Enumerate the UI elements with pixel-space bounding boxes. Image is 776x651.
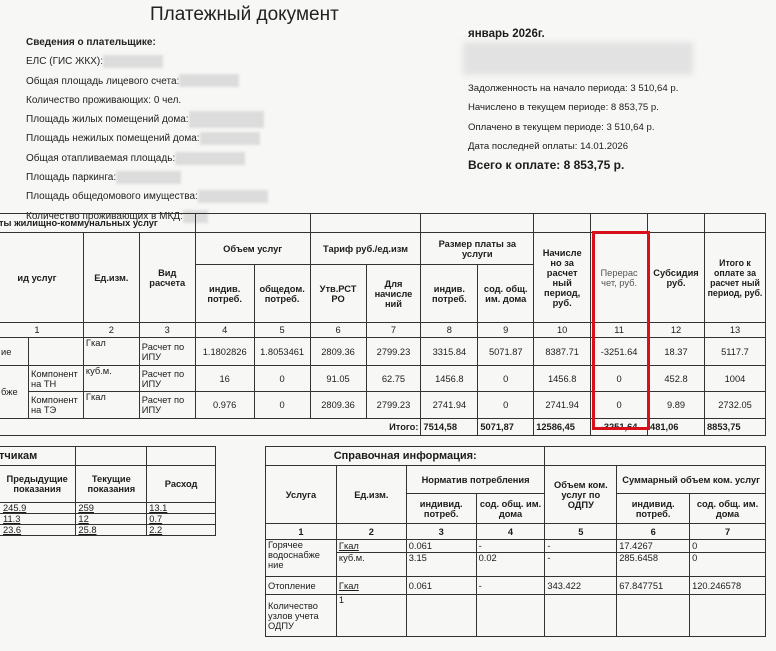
header-service: ид услуг — [0, 233, 83, 323]
redacted-value — [189, 111, 264, 128]
payment-summary: Задолженность на начало периода: 3 510,6… — [468, 79, 678, 175]
header-sum-ind: индивид. потреб. — [617, 494, 690, 524]
payer-field: Количество проживающих: 0 чел. — [26, 91, 268, 110]
billing-period: январь 2026г. — [468, 28, 545, 40]
header-odpu: Объем ком. услуг по ОДПУ — [545, 466, 617, 524]
header-volume-ind: индив. потреб. — [195, 265, 254, 323]
header-service: Услуга — [266, 466, 337, 524]
header-sum-common: сод. общ. им. дома — [690, 494, 766, 524]
header-unit: Ед.изм. — [336, 466, 406, 524]
redacted-address — [463, 42, 693, 75]
payer-field: ЕЛС (ГИС ЖКХ): — [26, 52, 268, 71]
last-payment-date: Дата последней оплаты: 14.01.2026 — [468, 137, 678, 156]
redacted-value — [116, 171, 181, 184]
paid-current: Оплачено в текущем периоде: 3 510,64 р. — [468, 118, 678, 137]
table-row: 23.6 25.8 2.2 — [0, 525, 216, 536]
header-tariff-charge: Для начисле ний — [366, 265, 421, 323]
redacted-value — [200, 132, 260, 145]
column-numbers-row: 1 2 3 4 5 6 7 — [266, 524, 766, 540]
payer-field: Площадь паркинга: — [26, 168, 268, 187]
reference-info-table: Справочная информация: Услуга Ед.изм. Но… — [265, 446, 766, 637]
header-payment-ind: индив. потреб. — [421, 265, 478, 323]
header-charged: Начисле но за расчет ный период, руб. — [534, 233, 591, 323]
totals-row: Итого: 7514,58 5071,87 12586,45 -3251,64… — [0, 419, 766, 436]
header-payment: Размер платы за услуги — [421, 233, 534, 265]
header-sum-volume: Суммарный объем ком. услуг — [617, 466, 766, 494]
table-row: куб.м. 3.15 0.02 - 285.6458 0 — [266, 553, 766, 577]
debt-start: Задолженность на начало периода: 3 510,6… — [468, 79, 678, 98]
header-prev: Предыдущие показания — [0, 466, 76, 503]
table-row: Количество узлов учета ОДПУ 1 — [266, 595, 766, 637]
document-title: Платежный документ — [150, 4, 339, 26]
redacted-value — [175, 152, 245, 165]
redacted-value — [198, 190, 268, 203]
header-subsidy: Субсидия руб. — [648, 233, 705, 323]
payer-field: Площадь общедомового имущества: — [26, 187, 268, 206]
table-row: 11.3 12 0.7 — [0, 514, 216, 525]
section-title: тчикам — [0, 447, 76, 466]
table-row: Горячее водоснабже ние Гкал 0.061 - - 17… — [266, 540, 766, 553]
header-usage: Расход — [147, 466, 216, 503]
table-row: ие Гкал Расчет по ИПУ 1.1802826 1.805346… — [0, 338, 766, 366]
redacted-value — [103, 55, 163, 68]
payer-field: Общая площадь лицевого счета: — [26, 72, 268, 91]
table-row: бже Компонент на ТН куб.м. Расчет по ИПУ… — [0, 366, 766, 392]
header-unit: Ед.изм. — [83, 233, 139, 323]
header-calc-type: Вид расчета — [139, 233, 195, 323]
header-curr: Текущие показания — [76, 466, 147, 503]
header-norm-ind: индивид. потреб. — [406, 494, 476, 524]
section-title: Справочная информация: — [266, 447, 545, 466]
column-numbers-row: 1 2 3 4 5 6 7 8 9 10 11 12 13 — [0, 323, 766, 338]
meter-readings-table: тчикам Предыдущие показания Текущие пока… — [0, 446, 216, 536]
payer-field: Общая отапливаемая площадь: — [26, 149, 268, 168]
redacted-value — [179, 74, 239, 87]
payer-field: Площадь нежилых помещений дома: — [26, 129, 268, 148]
table-row: 245.9 259 13.1 — [0, 503, 216, 514]
header-volume-common: общедом. потреб. — [254, 265, 310, 323]
recalc-highlight — [592, 231, 650, 430]
payer-heading: Сведения о плательщике: — [26, 33, 268, 52]
section-title: ты жилищно-коммунальных услуг — [0, 214, 195, 233]
header-norm: Норматив потребления — [406, 466, 545, 494]
charged-current: Начислено в текущем периоде: 8 853,75 р. — [468, 98, 678, 117]
header-norm-common: сод. общ. им. дома — [476, 494, 545, 524]
header-volume: Объем услуг — [195, 233, 310, 265]
payer-field: Площадь жилых помещений дома: — [26, 110, 268, 129]
charges-table: ты жилищно-коммунальных услуг ид услуг Е… — [0, 213, 766, 436]
table-row: Отопление Гкал 0.061 - 343.422 67.847751… — [266, 577, 766, 595]
payer-info: Сведения о плательщике: ЕЛС (ГИС ЖКХ): О… — [26, 33, 268, 226]
total-due: Всего к оплате: 8 853,75 р. — [468, 156, 678, 175]
header-tariff: Тариф руб./ед.изм — [310, 233, 421, 265]
table-row: Компонент на ТЭ Гкал Расчет по ИПУ 0.976… — [0, 392, 766, 419]
header-total: Итого к оплате за расчет ный период, руб… — [704, 233, 765, 323]
header-payment-common: сод. общ. им. дома — [478, 265, 534, 323]
header-tariff-approved: Утв.РСТ РО — [310, 265, 366, 323]
